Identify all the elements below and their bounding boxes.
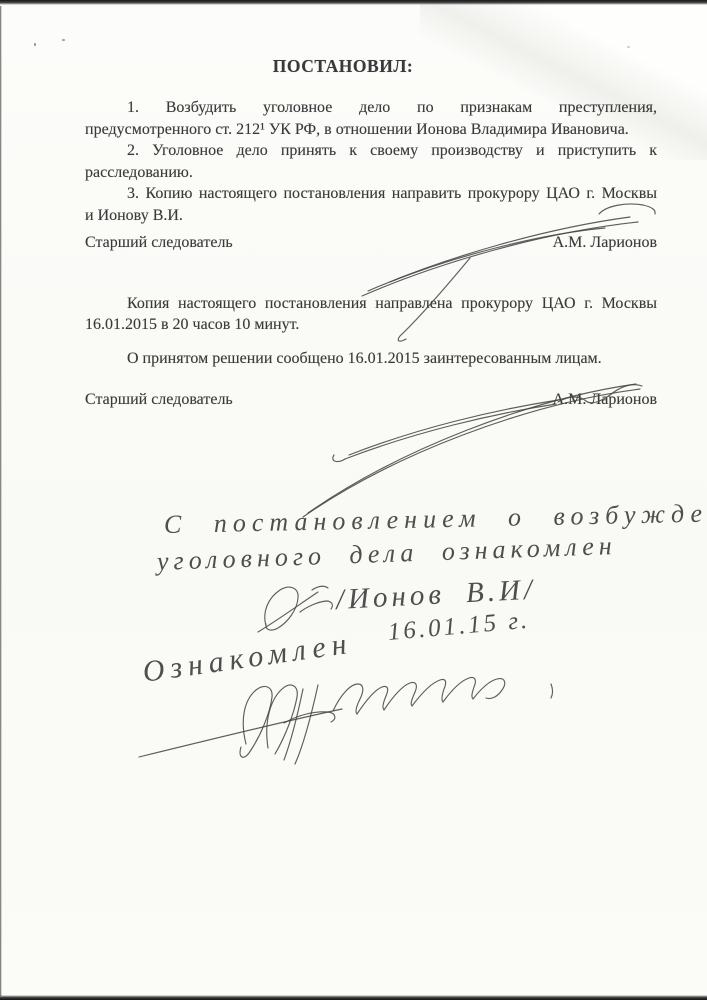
signature-row-2: Старший следователь А.М. Ларионов xyxy=(85,389,657,411)
handwritten-acknowledgement-line-1: С постановлением о возбуждении xyxy=(164,497,707,540)
investigator-role-label: Старший следователь xyxy=(85,389,233,411)
paper-speck xyxy=(34,43,36,46)
bottom-large-signature xyxy=(139,677,553,764)
resolution-item-2-line-1: 2. Уголовное дело принять к своему произ… xyxy=(85,140,657,162)
investigator-name: А.М. Ларионов xyxy=(553,389,657,411)
resolution-item-3-line-1: 3. Копию настоящего постановления направ… xyxy=(85,183,657,205)
resolution-item-2-line-2: расследованию. xyxy=(85,162,657,184)
scan-edge-bottom xyxy=(0,995,707,1000)
resolution-item-3-line-2: и Ионову В.И. xyxy=(85,205,657,227)
signature-row-1: Старший следователь А.М. Ларионов xyxy=(85,232,657,254)
investigator-name: А.М. Ларионов xyxy=(553,232,657,254)
scan-edge-top xyxy=(0,0,707,5)
scanned-document-page: ПОСТАНОВИЛ: 1. Возбудить уголовное дело … xyxy=(0,0,707,1000)
copy-note-line-2: 16.01.2015 в 20 часов 10 минут. xyxy=(85,314,657,336)
investigator-role-label: Старший следователь xyxy=(85,232,233,254)
ionov-signature xyxy=(258,586,332,632)
paper-speck xyxy=(627,46,630,48)
scan-edge-left xyxy=(0,6,2,996)
handwritten-acknowledged-word: Ознакомлен xyxy=(141,627,355,690)
copy-note-line-1: Копия настоящего постановления направлен… xyxy=(85,293,657,315)
paper-speck xyxy=(62,39,65,41)
decision-note: О принятом решении сообщено 16.01.2015 з… xyxy=(85,348,657,370)
resolution-item-1-line-1: 1. Возбудить уголовное дело по признакам… xyxy=(85,97,657,119)
document-title: ПОСТАНОВИЛ: xyxy=(57,55,629,77)
copy-note: Копия настоящего постановления направлен… xyxy=(85,293,657,336)
resolution-item-1-line-2: предусмотренного ст. 212¹ УК РФ, в отнош… xyxy=(85,119,657,141)
document-body: ПОСТАНОВИЛ: 1. Возбудить уголовное дело … xyxy=(85,55,657,411)
